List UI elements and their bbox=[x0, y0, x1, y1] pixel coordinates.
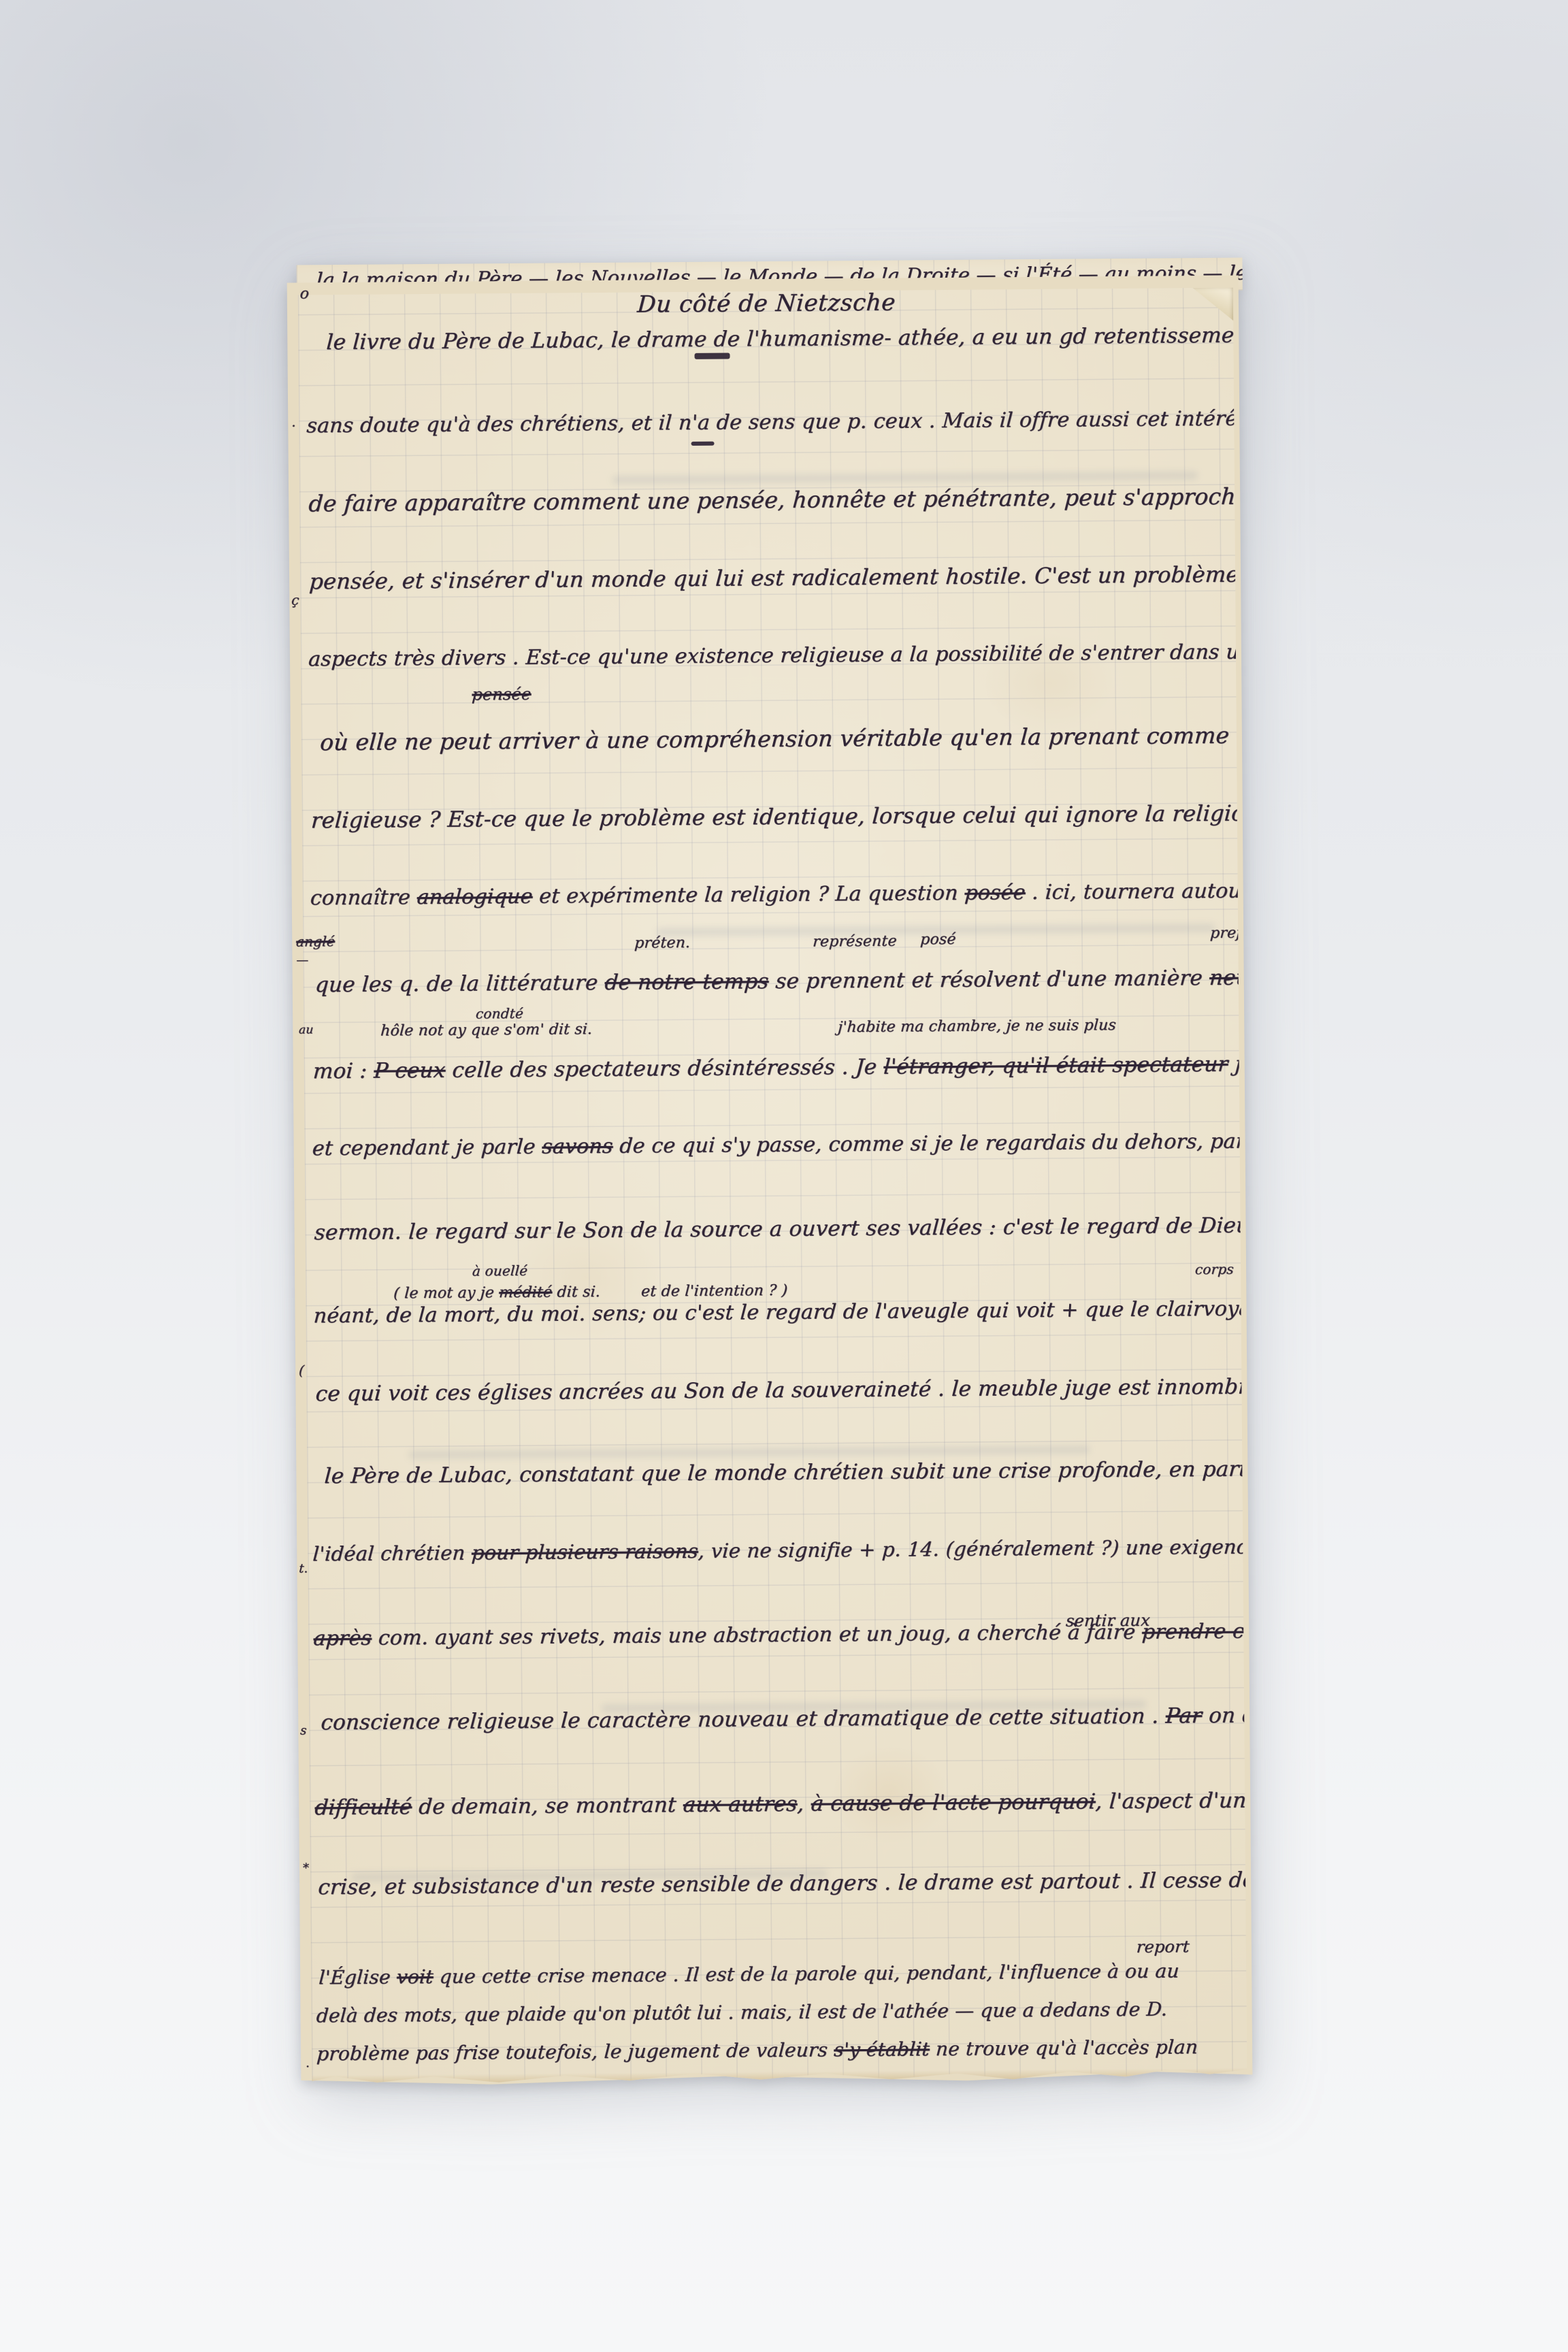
handwriting-line: ce qui voit ces églises ancrées au Son d… bbox=[315, 1374, 1247, 1406]
interlinear-note: ( le mot ay je médité dit si.et de l'int… bbox=[393, 1282, 788, 1303]
interlinear-note: pensée bbox=[472, 684, 532, 704]
handwriting-line: pensée, et s'insérer d'un monde qui lui … bbox=[308, 560, 1247, 594]
interlinear-note: représente bbox=[812, 933, 897, 951]
interlinear-note: corps bbox=[1194, 1260, 1234, 1277]
main-manuscript-sheet: Du côté de Nietzschele livre du Père de … bbox=[298, 288, 1247, 2085]
margin-mark: anglé bbox=[295, 933, 335, 949]
handwriting-line: où elle ne peut arriver à une compréhens… bbox=[319, 721, 1247, 756]
ink-underline-mark bbox=[694, 353, 730, 359]
interlinear-note: sentir aux bbox=[1065, 1610, 1150, 1630]
ink-bleedthrough bbox=[612, 472, 1198, 484]
handwriting-line: delà des mots, que plaide qu'on plutôt l… bbox=[316, 1997, 1168, 2027]
margin-mark: · bbox=[291, 417, 296, 434]
handwriting-line: le livre du Père de Lubac, le drame de l… bbox=[325, 321, 1247, 354]
interlinear-note: préten. bbox=[634, 934, 691, 952]
interlinear-note: report bbox=[1136, 1937, 1190, 1957]
handwriting-line: l'Église voit que cette crise menace . I… bbox=[318, 1959, 1179, 1989]
manuscript-photo-stack: la la maison du Père — les Nouvelles — l… bbox=[287, 258, 1260, 2096]
ink-underline-mark bbox=[691, 442, 715, 446]
handwriting-line: sermon. le regard sur le Son de la sourc… bbox=[314, 1212, 1247, 1245]
folded-corner bbox=[1190, 288, 1235, 323]
margin-mark: · bbox=[305, 2059, 310, 2074]
margin-mark: o bbox=[299, 285, 310, 302]
handwriting-line: sans doute qu'à des chrétiens, et il n'a… bbox=[306, 406, 1247, 438]
handwriting-line: le Père de Lubac, constatant que le mond… bbox=[324, 1456, 1247, 1488]
title: Du côté de Nietzsche bbox=[636, 289, 896, 318]
margin-mark: ç bbox=[291, 591, 299, 608]
handwriting-line: problème pas frise toutefois, le jugemen… bbox=[316, 2036, 1198, 2065]
interlinear-note: j'habite ma chambre, je ne suis plus bbox=[837, 1017, 1116, 1036]
handwriting-line: moi : P ceux celle des spectateurs désin… bbox=[312, 1051, 1247, 1083]
handwriting-line: et cependant je parle savons de ce qui s… bbox=[312, 1128, 1247, 1160]
interlinear-note: à ouellé bbox=[472, 1262, 528, 1279]
handwriting-line: connaître analogique et expérimente la r… bbox=[310, 878, 1247, 910]
interlinear-note: condté bbox=[475, 1004, 523, 1022]
back-sheet-partial-line: la la maison du Père — les Nouvelles — l… bbox=[296, 258, 1242, 265]
interlinear-note: hôle not ay que s'om' dit si. bbox=[380, 1021, 593, 1039]
handwriting-line: religieuse ? Est-ce que le problème est … bbox=[310, 800, 1247, 834]
handwriting-line: l'idéal chrétien pour plusieurs raisons,… bbox=[312, 1534, 1247, 1565]
handwriting-line: que les q. de la littérature de notre te… bbox=[314, 964, 1247, 997]
margin-mark: — bbox=[296, 953, 310, 967]
handwriting-line: de faire apparaître comment une pensée, … bbox=[308, 482, 1247, 517]
handwriting-line: aspects très divers . Est-ce qu'une exis… bbox=[308, 640, 1247, 672]
margin-mark: au bbox=[298, 1023, 314, 1036]
margin-mark: ( bbox=[298, 1362, 305, 1378]
handwriting-line: difficulté de demain, se montrant aux au… bbox=[314, 1787, 1247, 1820]
margin-mark: * bbox=[302, 1861, 310, 1875]
margin-mark: s bbox=[299, 1723, 307, 1737]
margin-mark: t. bbox=[299, 1561, 309, 1575]
ink-bleedthrough bbox=[409, 1445, 1090, 1458]
